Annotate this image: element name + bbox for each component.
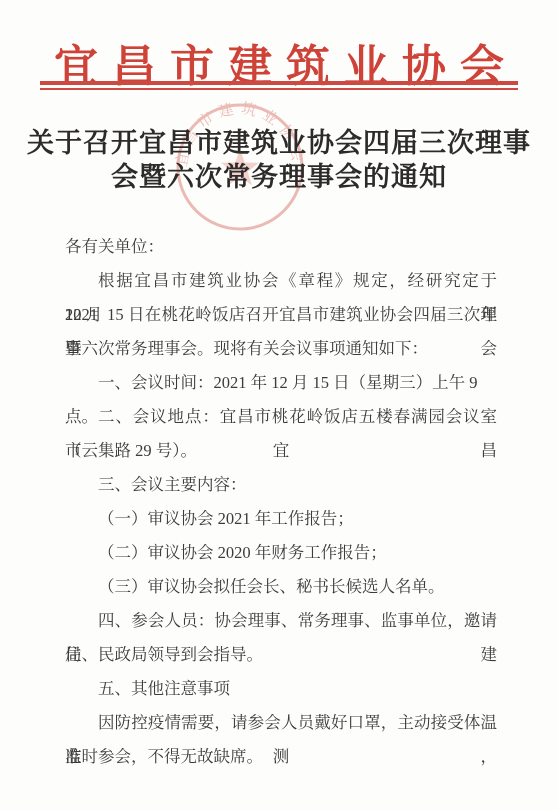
body-line: 二、会议地点：宜昌市桃花岭饭店五楼春满园会议室（宜昌 bbox=[65, 400, 497, 434]
document-page: 宜昌市建筑业协会 宜昌市建筑业协会 关于召开宜昌市建筑业协会四届三次理事 会暨六… bbox=[0, 0, 558, 810]
body-line: 四、参会人员：协会理事、常务理事、监事单位，邀请住建 bbox=[65, 604, 497, 638]
body-line: （一）审议协会 2021 年工作报告； bbox=[65, 502, 497, 536]
header-rule-thick bbox=[40, 81, 518, 85]
notice-title-line2: 会暨六次常务理事会的通知 bbox=[111, 162, 447, 192]
body-line: 根据宜昌市建筑业协会《章程》规定，经研究定于 2021 年 bbox=[65, 264, 497, 298]
body-line: 三、会议主要内容： bbox=[65, 468, 497, 502]
body-line: 12 月 15 日在桃花岭饭店召开宜昌市建筑业协会四届三次理事会 bbox=[65, 298, 497, 332]
notice-title: 关于召开宜昌市建筑业协会四届三次理事 会暨六次常务理事会的通知 bbox=[0, 126, 558, 194]
body-line: 一、会议时间：2021 年 12 月 15 日（星期三）上午 9 点。 bbox=[65, 366, 497, 400]
notice-body: 各有关单位：根据宜昌市建筑业协会《章程》规定，经研究定于 2021 年12 月 … bbox=[65, 230, 497, 774]
header-rule-thin bbox=[40, 88, 518, 90]
body-line: （三）审议协会拟任会长、秘书长候选人名单。 bbox=[65, 570, 497, 604]
body-line: 五、其他注意事项 bbox=[65, 672, 497, 706]
body-line: 各有关单位： bbox=[65, 230, 497, 264]
body-line: （二）审议协会 2020 年财务工作报告； bbox=[65, 536, 497, 570]
body-line: 因防控疫情需要，请参会人员戴好口罩，主动接受体温监测， bbox=[65, 706, 497, 740]
notice-title-line1: 关于召开宜昌市建筑业协会四届三次理事 bbox=[27, 128, 531, 158]
